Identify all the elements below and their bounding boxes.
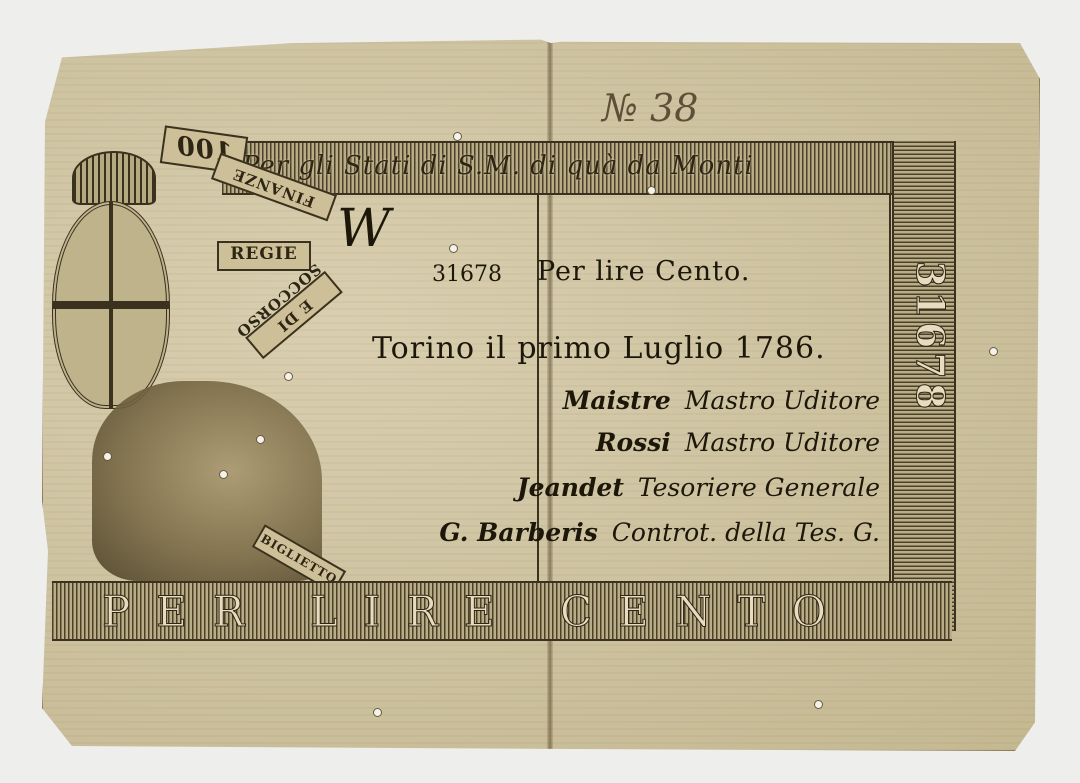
pin-hole bbox=[374, 709, 381, 716]
signature-row: G. Barberis Controt. della Tes. G. bbox=[439, 518, 880, 547]
pin-hole bbox=[220, 471, 227, 478]
signatory-title: Tesoriere Generale bbox=[638, 473, 880, 502]
bottom-border-band: PER LIRE CENTO bbox=[52, 581, 952, 641]
bottom-border-text: PER LIRE CENTO bbox=[102, 587, 852, 636]
pin-hole bbox=[990, 348, 997, 355]
coat-of-arms-icon bbox=[52, 201, 170, 409]
ribbon-regie: REGIE bbox=[217, 241, 311, 271]
side-border-serial: 31678 bbox=[908, 261, 953, 413]
date-line: Torino il primo Luglio 1786. bbox=[372, 331, 826, 366]
pin-hole bbox=[815, 701, 822, 708]
signature-row: Rossi Mastro Uditore bbox=[596, 428, 880, 457]
calligraphic-monogram: W bbox=[337, 199, 390, 259]
pin-hole bbox=[450, 245, 457, 252]
pin-hole bbox=[648, 187, 655, 194]
signature: G. Barberis bbox=[439, 518, 598, 547]
right-border-band: 31678 bbox=[892, 141, 956, 631]
denomination-line: Per lire Cento. bbox=[537, 256, 750, 287]
signature: Maistre bbox=[563, 386, 671, 415]
signatory-title: Mastro Uditore bbox=[685, 428, 880, 457]
signatory-title: Mastro Uditore bbox=[685, 386, 880, 415]
pin-hole bbox=[104, 453, 111, 460]
pin-hole bbox=[454, 133, 461, 140]
signature: Jeandet bbox=[517, 473, 624, 502]
pin-hole bbox=[285, 373, 292, 380]
pin-hole bbox=[257, 436, 264, 443]
handwritten-number: № 38 bbox=[602, 86, 698, 130]
ribbon-finanze: FINANZE bbox=[211, 153, 337, 222]
ribbon-soccorso: E DI SOCCORSO bbox=[245, 271, 343, 359]
serial-number: 31678 bbox=[432, 262, 502, 287]
signature-row: Jeandet Tesoriere Generale bbox=[517, 473, 880, 502]
signature: Rossi bbox=[596, 428, 671, 457]
banknote: № 38 Per gli Stati di S.M. di quà da Mon… bbox=[42, 36, 1040, 751]
signature-row: Maistre Mastro Uditore bbox=[563, 386, 880, 415]
crown-icon bbox=[72, 151, 156, 205]
allegorical-vignette: 100 FINANZE REGIE E DI SOCCORSO BIGLIETT… bbox=[52, 141, 342, 581]
signatory-title: Controt. della Tes. G. bbox=[612, 518, 880, 547]
